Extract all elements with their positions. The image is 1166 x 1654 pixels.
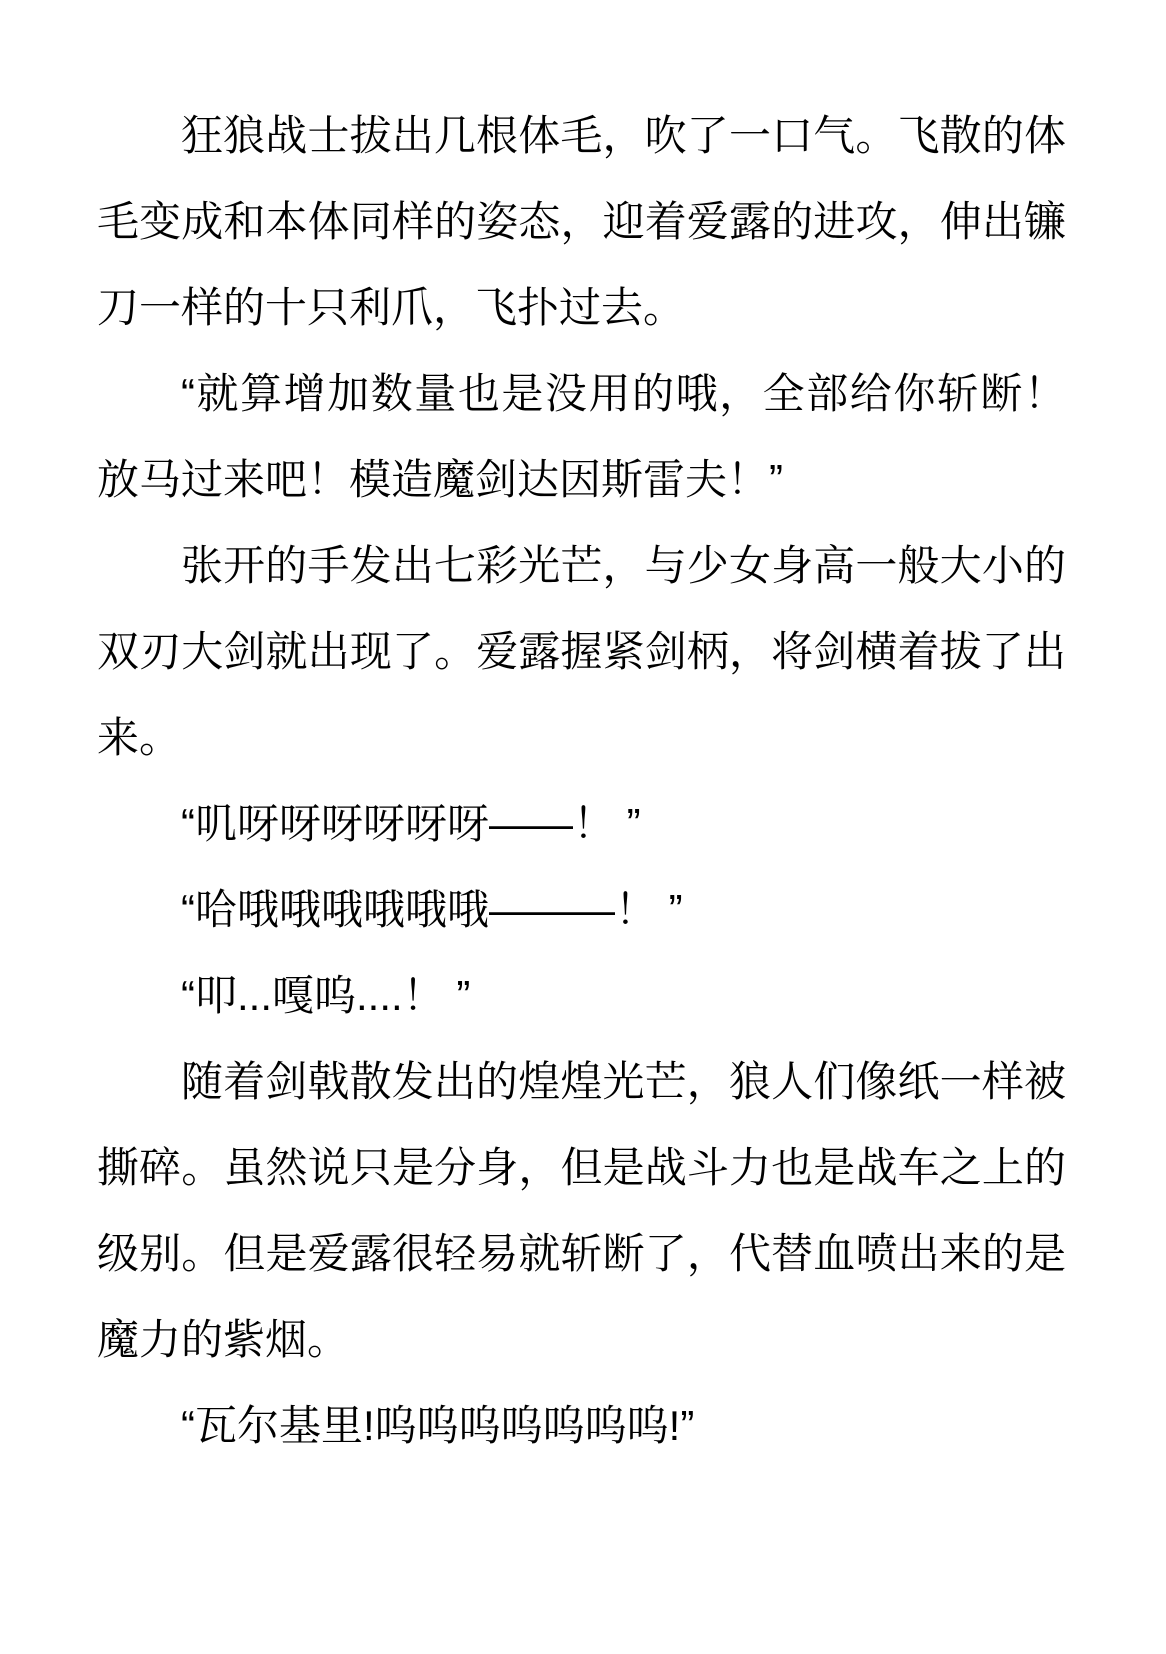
paragraph-narration-1: 狂狼战士拔出几根体毛，吹了一口气。飞散的体毛变成和本体同样的姿态，迎着爱露的进攻… xyxy=(97,93,1066,351)
paragraph-dialogue-1: “就算增加数量也是没用的哦，全部给你斩断！放马过来吧！模造魔剑达因斯雷夫！” xyxy=(97,351,1066,523)
paragraph-dialogue-5: “瓦尔基里!呜呜呜呜呜呜呜!” xyxy=(97,1383,1066,1469)
paragraph-dialogue-4: “叩...嘎呜....！ ” xyxy=(97,953,1066,1039)
paragraph-dialogue-2: “叽呀呀呀呀呀呀——！ ” xyxy=(97,781,1066,867)
novel-page: 狂狼战士拔出几根体毛，吹了一口气。飞散的体毛变成和本体同样的姿态，迎着爱露的进攻… xyxy=(0,0,1166,1654)
paragraph-narration-3: 随着剑戟散发出的煌煌光芒，狼人们像纸一样被撕碎。虽然说只是分身，但是战斗力也是战… xyxy=(97,1039,1066,1383)
paragraph-dialogue-3: “哈哦哦哦哦哦哦———！ ” xyxy=(97,867,1066,953)
text-block: 狂狼战士拔出几根体毛，吹了一口气。飞散的体毛变成和本体同样的姿态，迎着爱露的进攻… xyxy=(97,93,1066,1469)
paragraph-narration-2: 张开的手发出七彩光芒，与少女身高一般大小的双刃大剑就出现了。爱露握紧剑柄，将剑横… xyxy=(97,523,1066,781)
